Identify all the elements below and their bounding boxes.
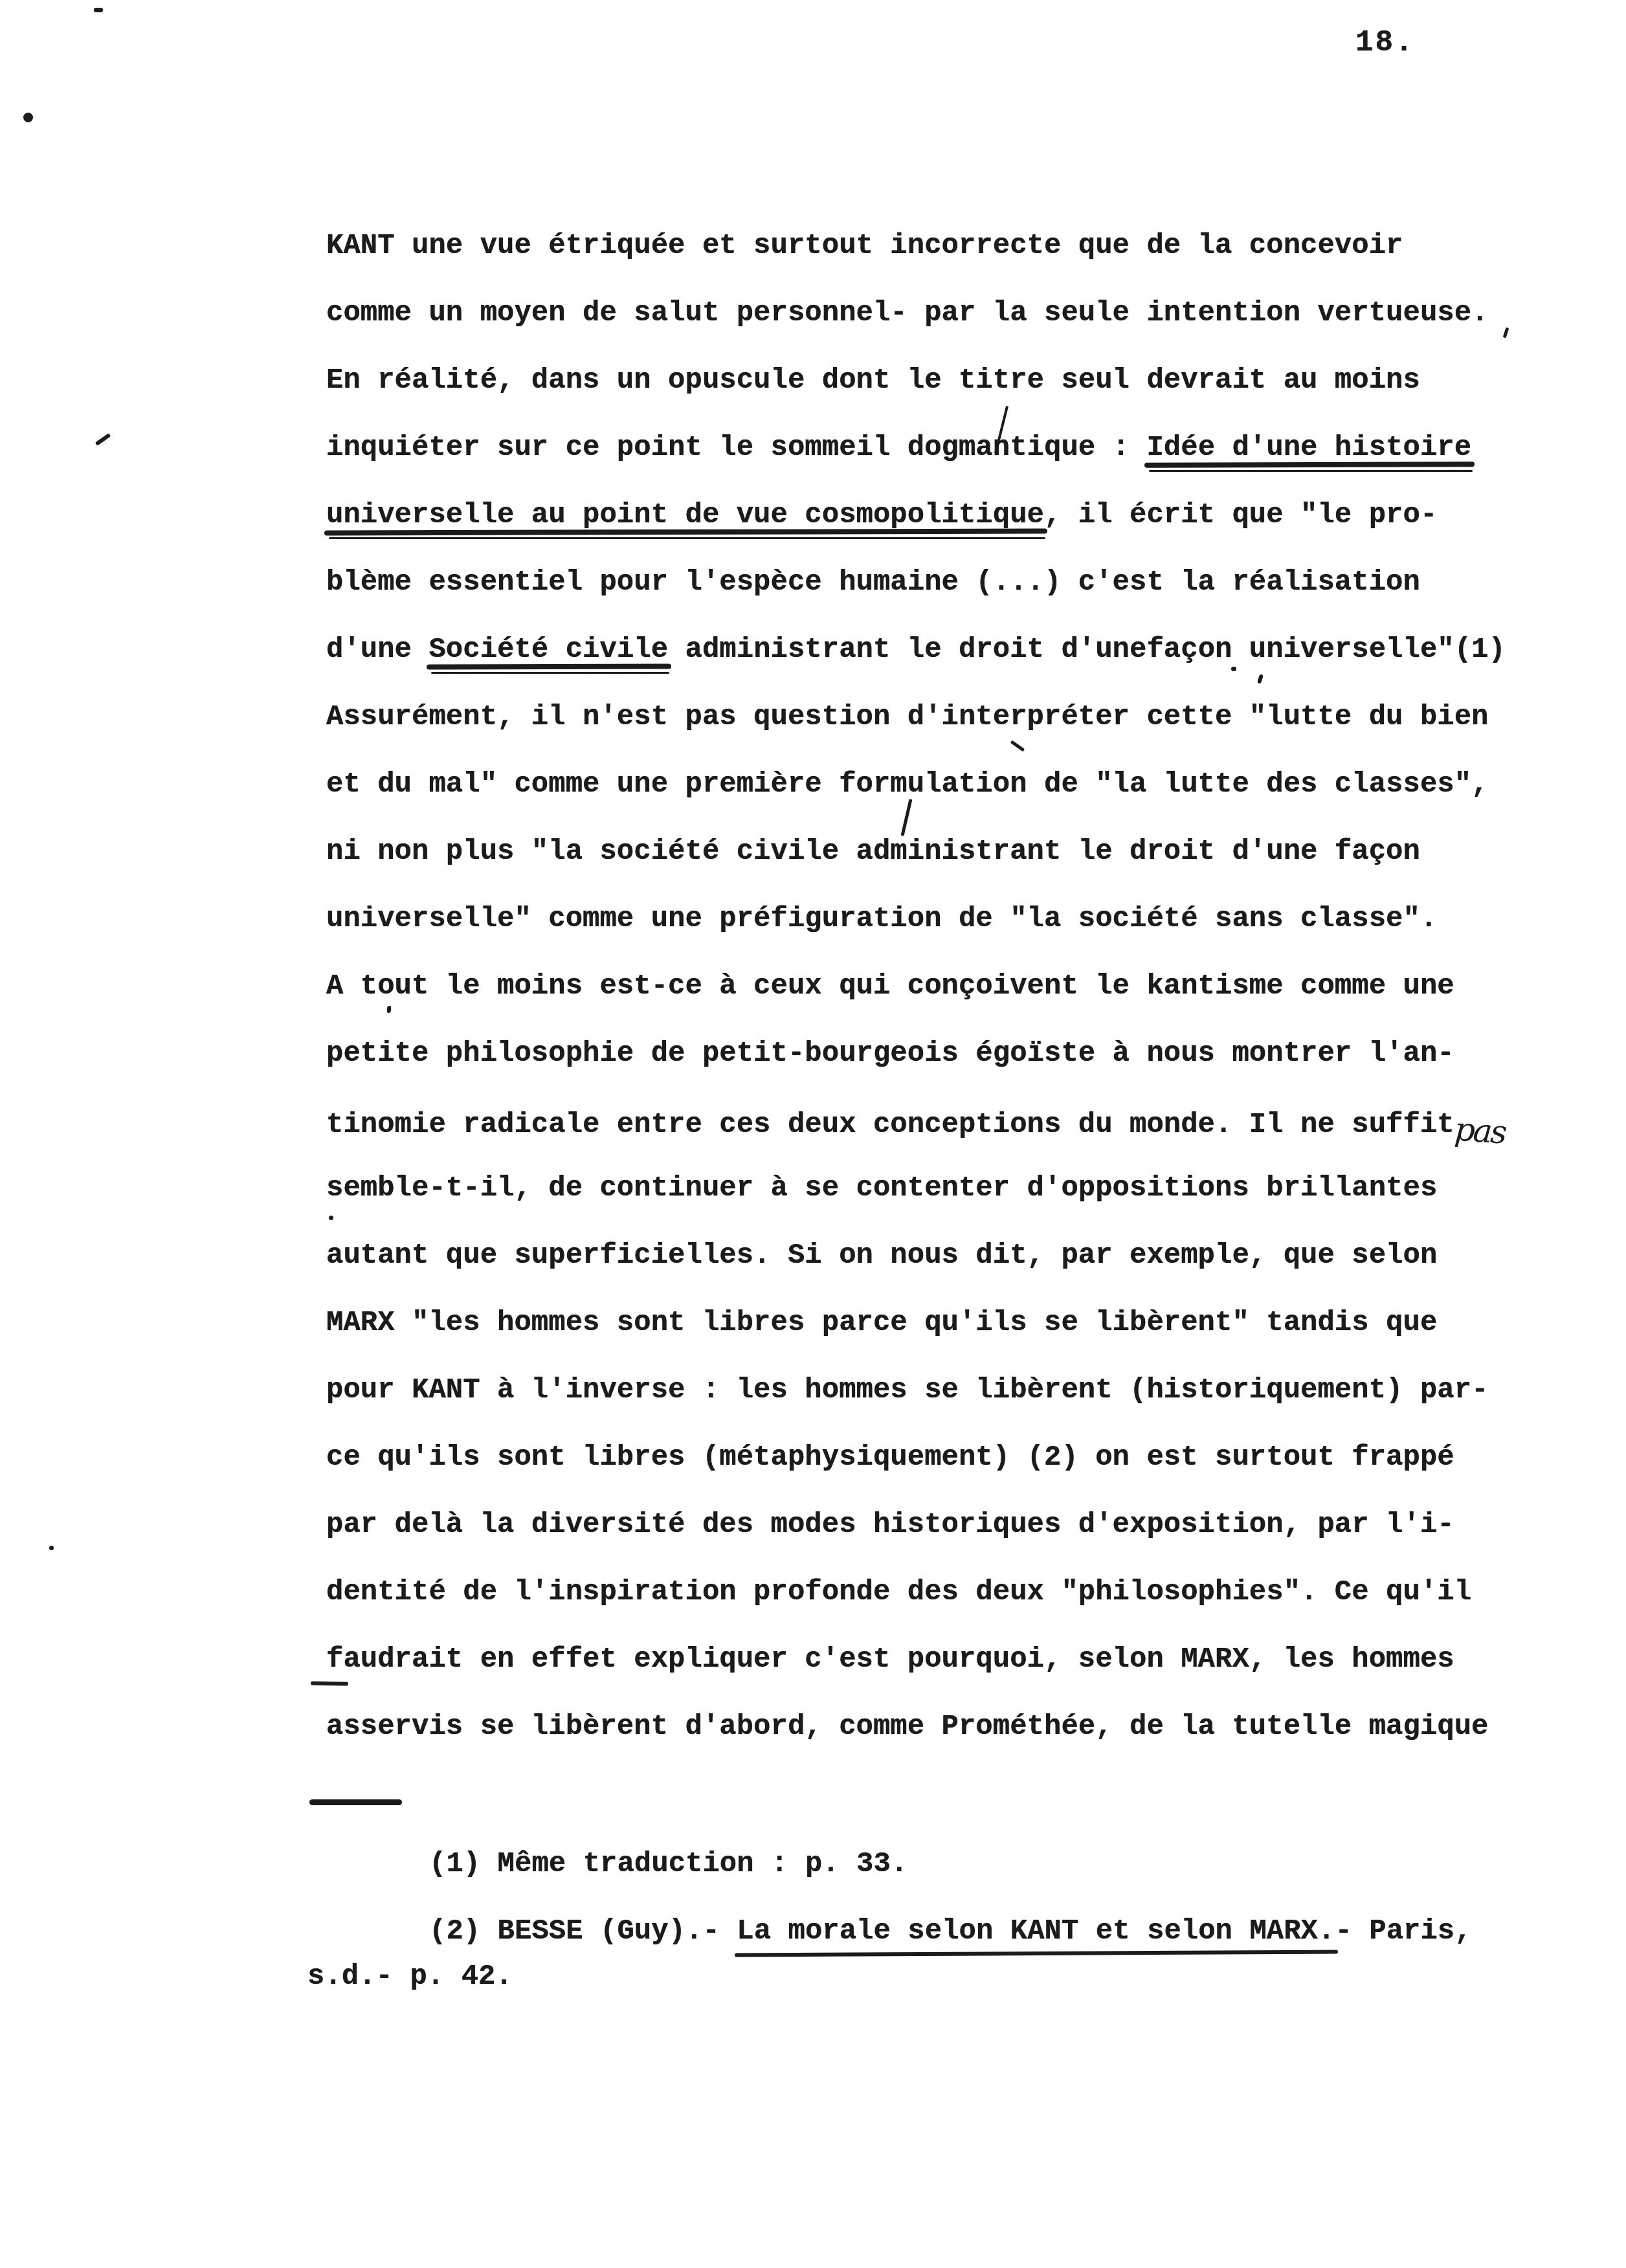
footnote: (2) BESSE (Guy).- La morale selon KANT e… <box>429 1915 1472 1948</box>
text-segment: ni non plus "la société civile administr… <box>326 836 1420 868</box>
text-segment: petite philosophie de petit-bourgeois ég… <box>326 1038 1454 1070</box>
ink-speck <box>1231 667 1236 671</box>
text-line: A tout le moins est-ce à ceux qui conçoi… <box>326 953 1556 1020</box>
ink-speck <box>94 8 103 12</box>
text-line: tinomie radicale entre ces deux concepti… <box>326 1087 1556 1155</box>
text-segment: faudrait en effet expliquer c'est pourqu… <box>326 1643 1454 1676</box>
footnote-continuation: s.d.- p. 42. <box>307 1960 513 1994</box>
text-line: En réalité, dans un opuscule dont le tit… <box>326 347 1556 414</box>
text-line: par delà la diversité des modes historiq… <box>326 1491 1556 1559</box>
text-segment: , il écrit que "le pro- <box>1044 499 1437 531</box>
text-segment: A tout le moins est-ce à ceux qui conçoi… <box>326 970 1454 1003</box>
text-segment: Assurément, il n'est pas question d'inte… <box>326 701 1489 733</box>
text-segment: - Paris, <box>1335 1915 1471 1948</box>
ink-speck <box>329 1216 333 1220</box>
text-line: universelle au point de vue cosmopolitiq… <box>326 482 1556 549</box>
ink-speck <box>95 433 111 446</box>
text-segment: (2) BESSE (Guy).- <box>429 1915 737 1948</box>
text-line: asservis se libèrent d'abord, comme Prom… <box>326 1693 1556 1761</box>
text-line: d'une Société civile administrant le dro… <box>326 616 1556 684</box>
text-line: semble-t-il, de continuer à se contenter… <box>326 1155 1556 1222</box>
text-segment: et du mal" comme une première formulatio… <box>326 768 1489 801</box>
underlined-phrase: La morale selon KANT et selon MARX. <box>737 1915 1335 1948</box>
text-line: dentité de l'inspiration profonde des de… <box>326 1559 1556 1626</box>
text-line: Assurément, il n'est pas question d'inte… <box>326 684 1556 751</box>
text-line: autant que superficielles. Si on nous di… <box>326 1222 1556 1289</box>
text-line: comme un moyen de salut personnel- par l… <box>326 280 1556 347</box>
text-line: MARX "les hommes sont libres parce qu'il… <box>326 1289 1556 1357</box>
footnote-separator <box>309 1799 402 1805</box>
struck-char: n <box>993 414 1010 482</box>
document-page: 18. KANT une vue étriquée et surtout inc… <box>0 0 1626 2268</box>
text-segment: universelle" comme une préfiguration de … <box>326 903 1437 935</box>
ink-speck <box>23 113 33 122</box>
ink-speck <box>49 1546 54 1550</box>
text-line: et du mal" comme une première formulatio… <box>326 751 1556 818</box>
text-segment: ce qu'ils sont libres (métaphysiquement)… <box>326 1441 1454 1474</box>
text-segment: autant que superficielles. Si on nous di… <box>326 1240 1437 1272</box>
footnote: (1) Même traduction : p. 33. <box>429 1847 908 1881</box>
text-segment: En réalité, dans un opuscule dont le tit… <box>326 364 1420 397</box>
underlined-phrase: universelle au point de vue cosmopolitiq… <box>326 499 1044 531</box>
text-segment: (1) Même traduction : p. 33. <box>429 1848 908 1880</box>
text-line: ce qu'ils sont libres (métaphysiquement)… <box>326 1424 1556 1491</box>
text-segment: administrant le droit d'unefaçon univers… <box>668 634 1506 666</box>
text-line: petite philosophie de petit-bourgeois ég… <box>326 1020 1556 1087</box>
text-segment: s.d.- p. 42. <box>307 1961 513 1993</box>
text-line: blème essentiel pour l'espèce humaine (.… <box>326 549 1556 616</box>
text-line: KANT une vue étriquée et surtout incorre… <box>326 212 1556 280</box>
handwritten-word: pas <box>1452 1095 1508 1166</box>
text-segment: semble-t-il, de continuer à se contenter… <box>326 1172 1437 1205</box>
body-text: KANT une vue étriquée et surtout incorre… <box>326 212 1556 1761</box>
text-line: inquiéter sur ce point le sommeil dogman… <box>326 414 1556 482</box>
underlined-phrase: Idée d'une histoire <box>1146 432 1471 464</box>
text-line: universelle" comme une préfiguration de … <box>326 885 1556 953</box>
text-segment: blème essentiel pour l'espèce humaine (.… <box>326 566 1420 599</box>
ink-speck <box>311 1681 348 1685</box>
text-segment: d'une <box>326 634 429 666</box>
text-line: ni non plus "la société civile administr… <box>326 818 1556 885</box>
text-segment: asservis se libèrent d'abord, comme Prom… <box>326 1711 1489 1743</box>
text-segment: MARX "les hommes sont libres parce qu'il… <box>326 1307 1437 1339</box>
underlined-phrase: Société civile <box>429 634 668 666</box>
text-segment: KANT une vue étriquée et surtout incorre… <box>326 230 1403 262</box>
page-number: 18. <box>1355 26 1415 60</box>
text-line: faudrait en effet expliquer c'est pourqu… <box>326 1626 1556 1693</box>
text-segment: dentité de l'inspiration profonde des de… <box>326 1576 1471 1608</box>
text-segment: comme un moyen de salut personnel- par l… <box>326 297 1489 329</box>
text-segment: pour KANT à l'inverse : les hommes se li… <box>326 1374 1489 1406</box>
text-segment: tinomie radicale entre ces deux concepti… <box>326 1109 1454 1141</box>
text-segment: inquiéter sur ce point le sommeil dogma <box>326 432 993 464</box>
text-line: pour KANT à l'inverse : les hommes se li… <box>326 1357 1556 1424</box>
text-segment: tique : <box>1010 432 1146 464</box>
text-segment: par delà la diversité des modes historiq… <box>326 1509 1454 1541</box>
